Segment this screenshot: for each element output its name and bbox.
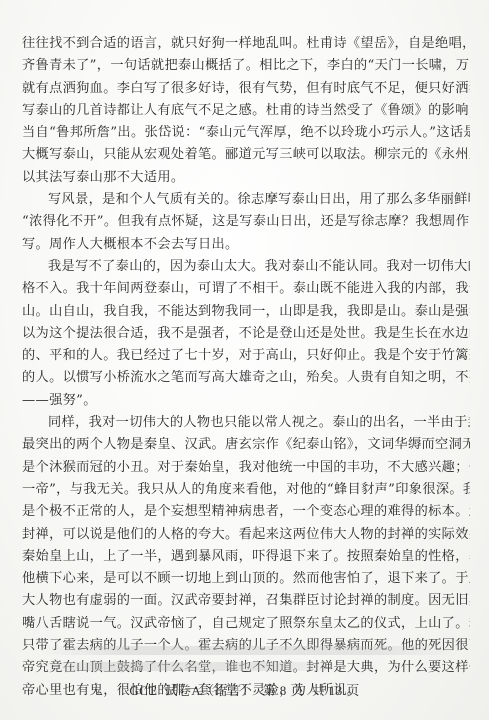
text-line: 当自“鲁邦所詹”出。张岱说：“泰山元气浑厚，绝不以玲珑小巧示人。”这话是说得对的… — [22, 122, 470, 144]
paragraph: 往往找不到合适的语言，就只好狗一样地乱叫。杜甫诗《望岳》，自是绝唱，“岱宗夫如何… — [22, 33, 470, 189]
bleed-through-mark — [40, 646, 460, 655]
text-line: 他横下心来，是可以不顾一切地上到山顶的。然而他害怕了，退下来了。于此可以看出，伟 — [22, 568, 470, 590]
text-line: 我是写不了泰山的，因为泰山太大。我对泰山不能认同。我对一切伟大的东西总有点格 — [22, 256, 470, 278]
bleed-through-mark — [40, 662, 340, 671]
text-line: 是个极不正常的人，是个妄想型精神病患者，一个变态心理的难得的标本。这两位大人物的 — [22, 501, 470, 523]
page-number: 第 8 页 — [263, 683, 304, 698]
text-line: 大人物也有虚弱的一面。汉武帝要封禅，召集群臣讨论封禅的制度。因无旧典可循，大家七 — [22, 590, 470, 612]
text-line: 以其法写泰山那不大适用。 — [22, 167, 470, 189]
page-total: 共 13 页 — [312, 683, 360, 698]
text-line: 封禅，可以说是他们的人格的夸大。看起来这两位伟大人物的封禅的实际效果都不怎么样， — [22, 524, 470, 546]
text-line: 往往找不到合适的语言，就只好狗一样地乱叫。杜甫诗《望岳》，自是绝唱，“岱宗夫如何… — [22, 33, 470, 55]
text-line: 大概写泰山，只能从宏观处着笔。郦道元写三峡可以取法。柳宗元的《永州八记》刻琢精深… — [22, 144, 470, 166]
text-line: 写风景，是和个人气质有关的。徐志摩写泰山日出，用了那么多华丽鲜明的颜色，真是 — [22, 189, 470, 211]
page-footer: GCT试卷A（语言）第 8 页共 13 页 — [0, 680, 489, 699]
text-line: 写。周作人大概根本不会去写日出。 — [22, 234, 470, 256]
exam-name: GCT — [129, 683, 156, 698]
text-line: 山。山自山，我自我，不能达到物我同一，山即是我，我即是山。泰山是强者之山——我自 — [22, 301, 470, 323]
text-line: 一帝”，与我无关。我只从人的角度来看他，对他的“蜂目豺声”印象很深。我认为汉武帝 — [22, 479, 470, 501]
text-line: 秦始皇上山，上了一半，遇到暴风雨，吓得退下来了。按照秦始皇的性格，暴风雨算什么呢… — [22, 546, 470, 568]
text-line: 的人。以惯写小桥流水之笔而写高大雄奇之山，殆矣。人贵有自知之明，不要“小鸡吃绿豆 — [22, 367, 470, 389]
text-line: 以为这个提法很合适，我不是强者，不论是登山还是处世。我是生长在水边的人，一个平常 — [22, 323, 470, 345]
text-line: 格不入。我十年间两登泰山，可谓了不相干。泰山既不能进入我的内部，我也不能外化为泰 — [22, 278, 470, 300]
scanned-page: 往往找不到合适的语言，就只好狗一样地乱叫。杜甫诗《望岳》，自是绝唱，“岱宗夫如何… — [0, 0, 489, 720]
text-line: “浓得化不开”。但我有点怀疑，这是写泰山日出，还是写徐志摩？我想周作人就不会这样 — [22, 211, 470, 233]
text-line: 是个沐猴而冠的小丑。对于秦始皇，我对他统一中国的丰功，不大感兴趣；他是不是“千古 — [22, 457, 470, 479]
essay-body: 往往找不到合适的语言，就只好狗一样地乱叫。杜甫诗《望岳》，自是绝唱，“岱宗夫如何… — [22, 33, 470, 702]
text-line: ——强努”。 — [22, 390, 470, 412]
text-line: 齐鲁青未了”，一句话就把泰山概括了。相比之下，李白的“天门一长啸，万里清风来”， — [22, 55, 470, 77]
paragraph: 写风景，是和个人气质有关的。徐志摩写泰山日出，用了那么多华丽鲜明的颜色，真是 “… — [22, 189, 470, 256]
text-line: 的、平和的人。我已经过了七十岁，对于高山，只好仰止。我是个安于竹篱茅舍、小桥流水 — [22, 345, 470, 367]
text-line: 写泰山的几首诗都让人有底气不足之感。杜甫的诗当然受了《鲁颂》的影响，“齐鲁青未了… — [22, 100, 470, 122]
text-line: 最突出的两个人物是秦皇、汉武。唐玄宗作《纪泰山铭》，文词华缛而空洞无物。宋真宗更 — [22, 434, 470, 456]
text-line: 同样，我对一切伟大的人物也只能以常人视之。泰山的出名，一半由于封禅。封禅史上 — [22, 412, 470, 434]
paragraph: 我是写不了泰山的，因为泰山太大。我对泰山不能认同。我对一切伟大的东西总有点格 格… — [22, 256, 470, 412]
text-line: 就有点洒狗血。李白写了很多好诗，很有气势，但有时底气不足，便只好洒狗血，装疯。他 — [22, 78, 470, 100]
text-line: 嘴八舌瞎说一气。汉武帝恼了，自己规定了照祭东皇太乙的仪式，上山了。却谁也不让同去… — [22, 613, 470, 635]
paragraph: 同样，我对一切伟大的人物也只能以常人视之。泰山的出名，一半由于封禅。封禅史上 最… — [22, 412, 470, 702]
paper-name: 试卷A（语言） — [165, 683, 255, 698]
